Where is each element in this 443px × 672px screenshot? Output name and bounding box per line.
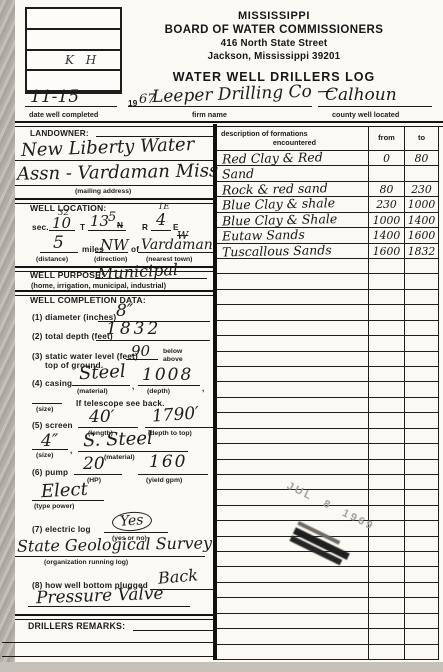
- formation-to: [404, 614, 438, 628]
- formation-from: [368, 552, 404, 566]
- formation-from: [368, 460, 404, 474]
- date-completed-value: 11-15: [30, 89, 79, 106]
- firm-name-label: firm name: [192, 110, 227, 119]
- casing-material-caption: (material): [77, 388, 108, 395]
- formation-from: [368, 490, 404, 504]
- column-divider: [213, 124, 217, 660]
- formation-from: 80: [368, 182, 404, 196]
- formation-row: [217, 429, 438, 444]
- size-blank-underline: [32, 403, 62, 404]
- formation-from: 1400: [368, 228, 404, 242]
- rule-line: [15, 185, 214, 186]
- item3-underline: [126, 359, 158, 360]
- formation-to: [404, 382, 438, 396]
- comma: ,: [202, 384, 204, 393]
- pump-power-underline: [32, 500, 104, 501]
- date-underline: [25, 106, 117, 107]
- drillers-remarks-heading: DRILLERS REMARKS:: [28, 622, 125, 632]
- firm-underline: [128, 106, 312, 107]
- distance-caption: (distance): [36, 256, 68, 263]
- sec-superscript: 32: [58, 209, 69, 218]
- sec-value: 1032: [52, 216, 71, 231]
- nearest-town-value: Vardaman: [141, 238, 213, 252]
- formation-to: [404, 598, 438, 612]
- org-address-city: Jackson, Mississippi 39201: [128, 51, 420, 62]
- formation-from: [368, 321, 404, 335]
- formation-row: [217, 629, 438, 644]
- range-value: 41E: [156, 212, 166, 228]
- corner-box-row: [27, 9, 120, 30]
- landowner-line2: Assn - Vardaman Miss: [17, 162, 219, 184]
- formation-to: [404, 336, 438, 350]
- township-direction-printed: N: [117, 221, 123, 230]
- item6-label: (6) pump: [32, 468, 68, 477]
- township-direction-handwritten: 5: [108, 211, 116, 224]
- item7-label: (7) electric log: [32, 525, 91, 534]
- mailing-address-caption: (mailing address): [75, 188, 131, 195]
- formation-to: [404, 259, 438, 273]
- township-underline: [88, 230, 126, 231]
- formation-from: [368, 367, 404, 381]
- formation-row: [217, 567, 438, 582]
- circled-answer: Yes: [111, 511, 152, 533]
- formation-to: [404, 629, 438, 643]
- formation-from: [368, 506, 404, 520]
- screen-material-caption: (material): [104, 454, 135, 461]
- formation-to: [404, 444, 438, 458]
- formations-desc-header: description of formations encountered: [217, 126, 368, 150]
- formation-to: [404, 398, 438, 412]
- comma: ,: [70, 446, 72, 455]
- formation-from: [368, 382, 404, 396]
- remarks-blank-line: [2, 656, 214, 657]
- org-name-board: BOARD OF WATER COMMISSIONERS: [128, 24, 420, 36]
- formation-row: [217, 290, 438, 305]
- formation-to: [404, 567, 438, 581]
- formation-from: [368, 444, 404, 458]
- formation-to: [404, 321, 438, 335]
- formation-from: 1600: [368, 244, 404, 258]
- pump-yield-caption: (yield gpm): [146, 477, 182, 484]
- comma: ,: [132, 382, 134, 391]
- screen-depth-top-caption: (depth to top): [148, 430, 192, 437]
- formation-from: 0: [368, 151, 404, 165]
- corner-box-row: [27, 30, 120, 51]
- formation-row: [217, 336, 438, 351]
- formation-row: Blue Clay & Shale 1000 1400: [217, 213, 438, 228]
- formation-from: [368, 274, 404, 288]
- screen-size-caption: (size): [36, 452, 53, 459]
- formation-from: [368, 398, 404, 412]
- formation-to: [404, 305, 438, 319]
- formations-to-header: to: [404, 126, 438, 150]
- formation-row: [217, 352, 438, 367]
- size-caption: (size): [36, 406, 53, 413]
- formation-description: [217, 628, 368, 646]
- formations-header: description of formations encountered fr…: [217, 126, 438, 151]
- miles-value: 5: [53, 235, 64, 252]
- remarks-underline: [133, 630, 213, 631]
- formation-row: [217, 460, 438, 475]
- scan-edge-bottom: [0, 662, 443, 672]
- formation-from: [368, 166, 404, 180]
- miles-underline: [40, 252, 78, 253]
- below-option: below: [163, 348, 182, 355]
- item3-label: (3) static water level (feet): [32, 352, 138, 361]
- scan-edge-left: [0, 0, 15, 672]
- formation-to: [404, 413, 438, 427]
- purpose-caption: (home, irrigation, municipal, industrial…: [31, 281, 166, 290]
- letterhead: MISSISSIPPI BOARD OF WATER COMMISSIONERS…: [128, 10, 420, 84]
- formation-row: [217, 367, 438, 382]
- remarks-blank-line: [2, 642, 214, 643]
- diameter-value: 8″: [116, 303, 133, 320]
- item5-label: (5) screen: [32, 421, 73, 430]
- screen-size-underline: [32, 449, 68, 450]
- log-organization-value: State Geological Survey: [17, 535, 212, 554]
- casing-material-value: Steel: [79, 363, 127, 383]
- formation-to: [404, 475, 438, 489]
- purpose-underline: [95, 278, 207, 279]
- formation-row: [217, 259, 438, 274]
- total-depth-value: 1832: [106, 321, 161, 338]
- casing-depth-caption: (depth): [147, 388, 170, 395]
- pump-hp-value: 20: [83, 456, 105, 473]
- formation-from: 1000: [368, 213, 404, 227]
- formation-description: [217, 381, 368, 399]
- formation-to: 1832: [404, 244, 438, 258]
- org-name-state: MISSISSIPPI: [128, 10, 420, 22]
- casing-depth-underline: [138, 385, 200, 386]
- formation-from: [368, 629, 404, 643]
- formation-to: [404, 645, 438, 659]
- bottom-plug-value2: Pressure Valve: [36, 586, 164, 607]
- item2-underline: [96, 340, 210, 341]
- formation-row: [217, 444, 438, 459]
- formation-to: [404, 537, 438, 551]
- formation-description: [217, 458, 368, 476]
- formation-from: [368, 598, 404, 612]
- screen-size-value: 4″: [41, 433, 58, 450]
- formation-description: [217, 304, 368, 322]
- casing-material-underline: [72, 385, 130, 386]
- formation-to: 1600: [404, 228, 438, 242]
- formation-from: [368, 290, 404, 304]
- formation-to: 80: [404, 151, 438, 165]
- formation-row: [217, 382, 438, 397]
- formation-to: 1400: [404, 213, 438, 227]
- log-organization-caption: (organization running log): [44, 559, 128, 566]
- item4-label: (4) casing: [32, 379, 72, 388]
- section-rule: [15, 614, 214, 620]
- formation-from: [368, 475, 404, 489]
- pump-power-value: Elect: [41, 481, 89, 501]
- formation-from: [368, 259, 404, 273]
- formation-to: [404, 166, 438, 180]
- formation-from: [368, 429, 404, 443]
- formation-row: [217, 305, 438, 320]
- formations-table: description of formations encountered fr…: [217, 126, 439, 660]
- formation-row: [217, 274, 438, 289]
- screen-depth-top-underline: [145, 427, 213, 428]
- well-purpose-value: Municipal: [97, 262, 179, 282]
- sec-underline: [49, 230, 75, 231]
- county-value: Calhoun: [325, 87, 397, 104]
- org-address-street: 416 North State Street: [128, 38, 420, 49]
- formation-description: [217, 442, 368, 460]
- formation-row: [217, 583, 438, 598]
- electric-log-underline: [104, 532, 168, 533]
- formation-from: [368, 614, 404, 628]
- formation-from: 230: [368, 197, 404, 211]
- pump-hp-caption: (HP): [87, 477, 101, 484]
- formation-row: [217, 321, 438, 336]
- sec-label: sec.: [32, 223, 49, 232]
- county-label: county well located: [332, 110, 399, 119]
- formation-from: [368, 567, 404, 581]
- range-superscript: 1E: [158, 203, 170, 212]
- township-value: 13: [90, 214, 109, 229]
- static-level-value: 90: [131, 344, 150, 359]
- formations-from-header: from: [368, 126, 404, 150]
- range-underline: [151, 230, 171, 231]
- formation-to: [404, 552, 438, 566]
- formation-description: [217, 597, 368, 615]
- pump-yield-underline: [138, 474, 208, 475]
- range-label: R: [142, 223, 148, 232]
- formation-row: [217, 598, 438, 613]
- corner-index-box: K H: [25, 7, 122, 94]
- formation-to: [404, 274, 438, 288]
- township-label: T: [80, 223, 85, 232]
- formation-row: [217, 645, 438, 660]
- formation-to: [404, 352, 438, 366]
- formation-from: [368, 336, 404, 350]
- formation-to: [404, 506, 438, 520]
- formation-row: [217, 475, 438, 490]
- direction-value: NW: [100, 238, 129, 253]
- formation-from: [368, 305, 404, 319]
- formation-from: [368, 583, 404, 597]
- screen-depth-top-value: 1790′: [151, 405, 199, 425]
- log-organization-underline: [15, 556, 205, 557]
- formation-description: [217, 273, 368, 291]
- formation-to: [404, 367, 438, 381]
- formation-description: [217, 335, 368, 353]
- formation-description: Blue Clay & shale: [217, 196, 368, 214]
- formation-to: 1000: [404, 197, 438, 211]
- formation-to: [404, 460, 438, 474]
- formation-description: Eutaw Sands: [217, 227, 368, 245]
- screen-material-value: S. Steel: [83, 430, 153, 450]
- well-purpose-heading: WELL PURPOSE:: [30, 271, 104, 280]
- formation-from: [368, 413, 404, 427]
- formation-description: [217, 566, 368, 584]
- pump-hp-underline: [74, 474, 122, 475]
- scanned-form: K H MISSISSIPPI BOARD OF WATER COMMISSIO…: [0, 0, 443, 672]
- formation-from: [368, 645, 404, 659]
- formation-to: [404, 583, 438, 597]
- electric-log-value: Yes: [112, 512, 152, 531]
- formation-to: [404, 521, 438, 535]
- date-completed-label: date well completed: [29, 110, 98, 119]
- formation-to: [404, 429, 438, 443]
- formation-to: [404, 290, 438, 304]
- screen-length-value: 40′: [89, 409, 115, 426]
- bottom-plug-underline2: [28, 606, 190, 607]
- above-option: above: [163, 356, 183, 363]
- formation-from: [368, 352, 404, 366]
- formation-row: Red Clay & Red 0 80: [217, 151, 438, 166]
- corner-handwritten-note: K H: [65, 53, 100, 67]
- formation-row: [217, 413, 438, 428]
- county-underline: [318, 106, 432, 107]
- formation-row: [217, 398, 438, 413]
- formation-description: Sand: [217, 165, 368, 183]
- formation-to: [404, 490, 438, 504]
- formation-description: [217, 643, 368, 661]
- pump-yield-value: 160: [149, 454, 187, 471]
- landowner-label: LANDOWNER:: [30, 129, 89, 138]
- town-underline: [138, 252, 214, 253]
- formation-row: Tuscallous Sands 1600 1832: [217, 244, 438, 259]
- direction-underline: [95, 252, 128, 253]
- formation-to: 230: [404, 182, 438, 196]
- pump-power-caption: (type power): [34, 503, 74, 510]
- casing-depth-value: 1008: [142, 367, 193, 384]
- formation-description: [217, 412, 368, 430]
- formation-from: [368, 537, 404, 551]
- formation-row: [217, 614, 438, 629]
